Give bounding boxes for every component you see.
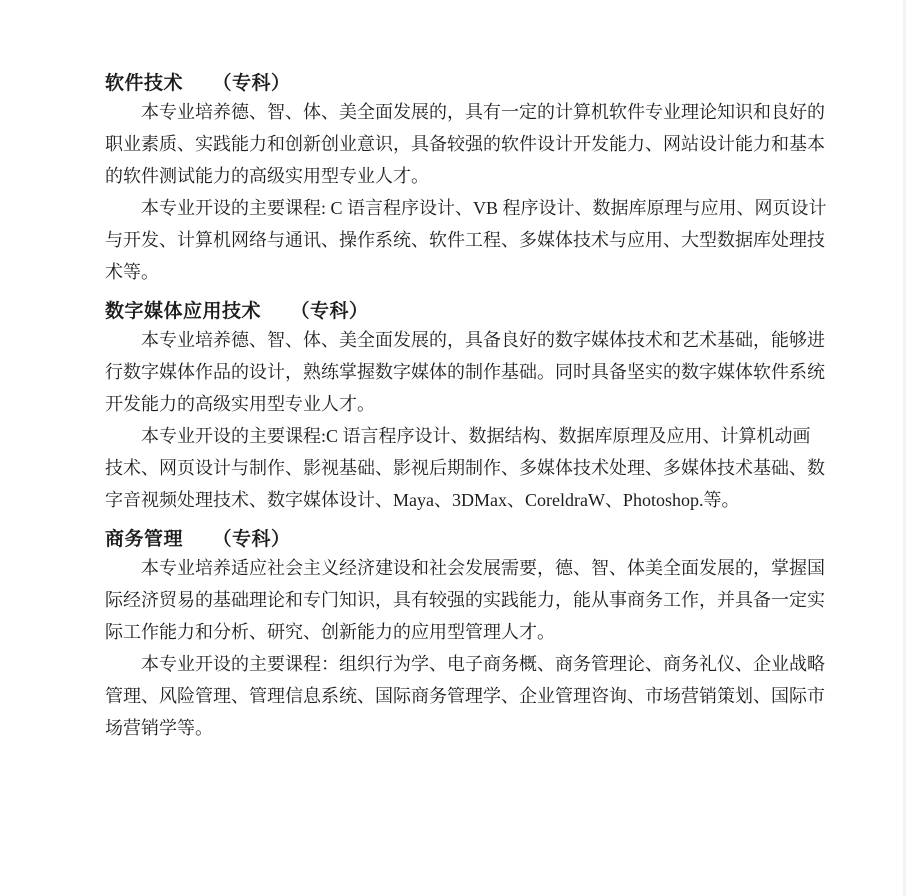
text-line: 职业素质、实践能力和创新创业意识，具备较强的软件设计开发能力、网站设计能力和基本 (105, 128, 800, 160)
paragraph: 本专业培养适应社会主义经济建设和社会发展需要，德、智、体美全面发展的，掌握国际经… (105, 552, 800, 648)
paragraph: 本专业培养德、智、体、美全面发展的，具备良好的数字媒体技术和艺术基础，能够进行数… (105, 324, 800, 420)
text-line: 本专业培养德、智、体、美全面发展的，具有一定的计算机软件专业理论知识和良好的 (105, 96, 800, 128)
text-line: 际经济贸易的基础理论和专门知识，具有较强的实践能力，能从事商务工作，并具备一定实 (105, 584, 800, 616)
major-section: 软件技术 （专科）本专业培养德、智、体、美全面发展的，具有一定的计算机软件专业理… (105, 72, 800, 288)
paragraph: 本专业开设的主要课程:C 语言程序设计、数据结构、数据库原理及应用、计算机动画技… (105, 420, 800, 516)
text-line: 际工作能力和分析、研究、创新能力的应用型管理人才。 (105, 616, 800, 648)
text-line: 本专业开设的主要课程:C 语言程序设计、数据结构、数据库原理及应用、计算机动画 (105, 420, 800, 452)
major-section: 商务管理 （专科）本专业培养适应社会主义经济建设和社会发展需要，德、智、体美全面… (105, 528, 800, 744)
text-line: 开发能力的高级实用型专业人才。 (105, 388, 800, 420)
document-content: 软件技术 （专科）本专业培养德、智、体、美全面发展的，具有一定的计算机软件专业理… (105, 72, 800, 744)
section-heading: 软件技术 （专科） (105, 72, 800, 96)
text-line: 场营销学等。 (105, 712, 800, 744)
section-heading: 商务管理 （专科） (105, 528, 800, 552)
text-line: 本专业开设的主要课程: C 语言程序设计、VB 程序设计、数据库原理与应用、网页… (105, 192, 800, 224)
text-line: 技术、网页设计与制作、影视基础、影视后期制作、多媒体技术处理、多媒体技术基础、数 (105, 452, 800, 484)
text-line: 行数字媒体作品的设计，熟练掌握数字媒体的制作基础。同时具备坚实的数字媒体软件系统 (105, 356, 800, 388)
text-line: 与开发、计算机网络与通讯、操作系统、软件工程、多媒体技术与应用、大型数据库处理技 (105, 224, 800, 256)
text-line: 术等。 (105, 256, 800, 288)
text-line: 的软件测试能力的高级实用型专业人才。 (105, 160, 800, 192)
paragraph: 本专业开设的主要课程: C 语言程序设计、VB 程序设计、数据库原理与应用、网页… (105, 192, 800, 288)
section-heading: 数字媒体应用技术 （专科） (105, 300, 800, 324)
text-line: 本专业开设的主要课程：组织行为学、电子商务概、商务管理论、商务礼仪、企业战略 (105, 648, 800, 680)
major-section: 数字媒体应用技术 （专科）本专业培养德、智、体、美全面发展的，具备良好的数字媒体… (105, 300, 800, 516)
paragraph: 本专业开设的主要课程：组织行为学、电子商务概、商务管理论、商务礼仪、企业战略管理… (105, 648, 800, 744)
document-page: 软件技术 （专科）本专业培养德、智、体、美全面发展的，具有一定的计算机软件专业理… (0, 0, 906, 896)
text-line: 本专业培养适应社会主义经济建设和社会发展需要，德、智、体美全面发展的，掌握国 (105, 552, 800, 584)
text-line: 字音视频处理技术、数字媒体设计、Maya、3DMax、CoreldraW、Pho… (105, 484, 800, 516)
text-line: 管理、风险管理、管理信息系统、国际商务管理学、企业管理咨询、市场营销策划、国际市 (105, 680, 800, 712)
paragraph: 本专业培养德、智、体、美全面发展的，具有一定的计算机软件专业理论知识和良好的职业… (105, 96, 800, 192)
text-line: 本专业培养德、智、体、美全面发展的，具备良好的数字媒体技术和艺术基础，能够进 (105, 324, 800, 356)
